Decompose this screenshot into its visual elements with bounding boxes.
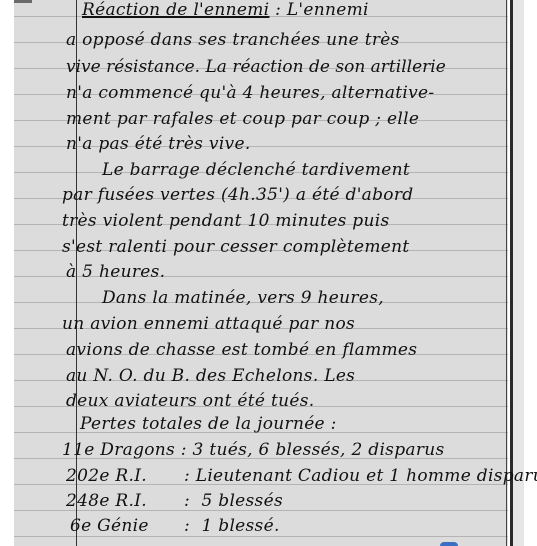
text-line: Réaction de l'ennemi : L'ennemi — [82, 0, 369, 20]
loss-row: 6e Génie: 1 blessé. — [70, 516, 280, 536]
text-line: très violent pendant 10 minutes puis — [62, 211, 390, 231]
text-line: n'a commencé qu'à 4 heures, alternative- — [66, 83, 434, 103]
text-line: n'a pas été très vive. — [66, 134, 251, 154]
loss-detail: 1 blessé. — [201, 516, 279, 536]
text-line: un avion ennemi attaqué par nos — [62, 314, 355, 334]
loss-unit: 202e R.I. — [66, 466, 184, 486]
loss-unit: 6e Génie — [70, 516, 184, 536]
text-line: à 5 heures. — [66, 262, 165, 282]
blue-mark — [440, 542, 458, 546]
text-line: a opposé dans ses tranchées une très — [66, 30, 400, 50]
loss-detail: 5 blessés — [201, 491, 283, 511]
text-line: deux aviateurs ont été tués. — [66, 391, 314, 411]
text-line: s'est ralenti pour cesser complètement — [62, 237, 410, 257]
loss-row: 11e Dragons : 3 tués, 6 blessés, 2 dispa… — [62, 440, 445, 460]
text-line: avions de chasse est tombé en flammes — [66, 340, 417, 360]
section-heading: Réaction de l'ennemi — [82, 0, 269, 20]
text-line: ment par rafales et coup par coup ; elle — [66, 109, 419, 129]
text-line: par fusées vertes (4h.35') a été d'abord — [62, 185, 413, 205]
text-line: Le barrage déclenché tardivement — [102, 160, 410, 180]
loss-detail: Lieutenant Cadiou et 1 homme disparus — [196, 466, 537, 486]
loss-detail: 3 tués, 6 blessés, 2 disparus — [193, 440, 445, 460]
text-line: vive résistance. La réaction de son arti… — [66, 57, 446, 77]
text-line: au N. O. du B. des Echelons. Les — [66, 366, 355, 386]
losses-title: Pertes totales de la journée : — [80, 414, 337, 434]
loss-row: 248e R.I.: 5 blessés — [66, 491, 283, 511]
loss-row: 202e R.I.: Lieutenant Cadiou et 1 homme … — [66, 466, 537, 486]
heading-colon: : L'ennemi — [269, 0, 368, 20]
loss-unit: 11e Dragons — [62, 440, 175, 460]
handwritten-text: Réaction de l'ennemi : L'ennemi a opposé… — [0, 0, 537, 546]
loss-unit: 248e R.I. — [66, 491, 184, 511]
text-line: Dans la matinée, vers 9 heures, — [102, 288, 384, 308]
